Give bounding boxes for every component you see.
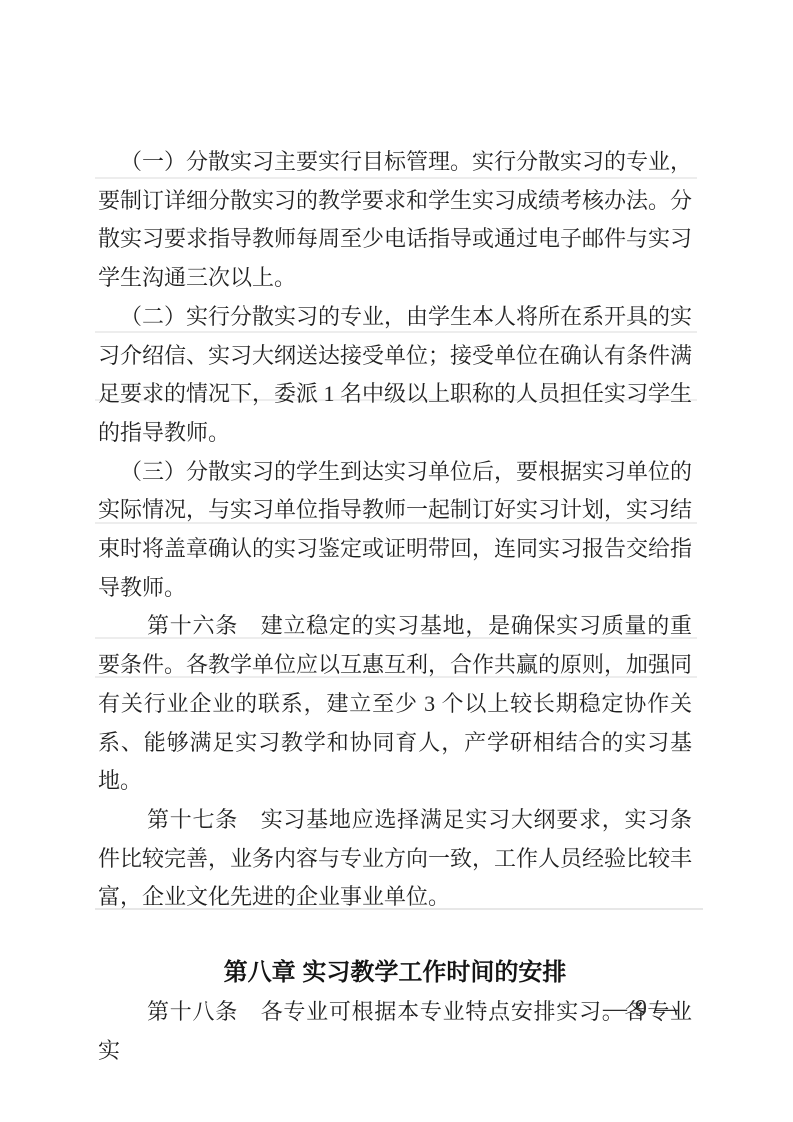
paragraph-item-2: （二）实行分散实习的专业，由学生本人将所在系开具的实习介绍信、实习大纲送达接受单… bbox=[98, 298, 692, 453]
paragraph-article-16: 第十六条 建立稳定的实习基地，是确保实习质量的重要条件。各教学单位应以互惠互利，… bbox=[98, 607, 692, 801]
paragraph-item-3: （三）分散实习的学生到达实习单位后，要根据实习单位的实际情况，与实习单位指导教师… bbox=[98, 453, 692, 608]
paragraph-item-1: （一）分散实习主要实行目标管理。实行分散实习的专业，要制订详细分散实习的教学要求… bbox=[98, 143, 692, 298]
chapter-heading: 第八章 实习教学工作时间的安排 bbox=[98, 953, 692, 993]
page-number: — 9 — bbox=[603, 996, 680, 1023]
document-page: （一）分散实习主要实行目标管理。实行分散实习的专业，要制订详细分散实习的教学要求… bbox=[0, 0, 793, 1122]
paragraph-article-17: 第十七条 实习基地应选择满足实习大纲要求，实习条件比较完善，业务内容与专业方向一… bbox=[98, 801, 692, 917]
document-body: （一）分散实习主要实行目标管理。实行分散实习的专业，要制订详细分散实习的教学要求… bbox=[98, 143, 692, 1070]
